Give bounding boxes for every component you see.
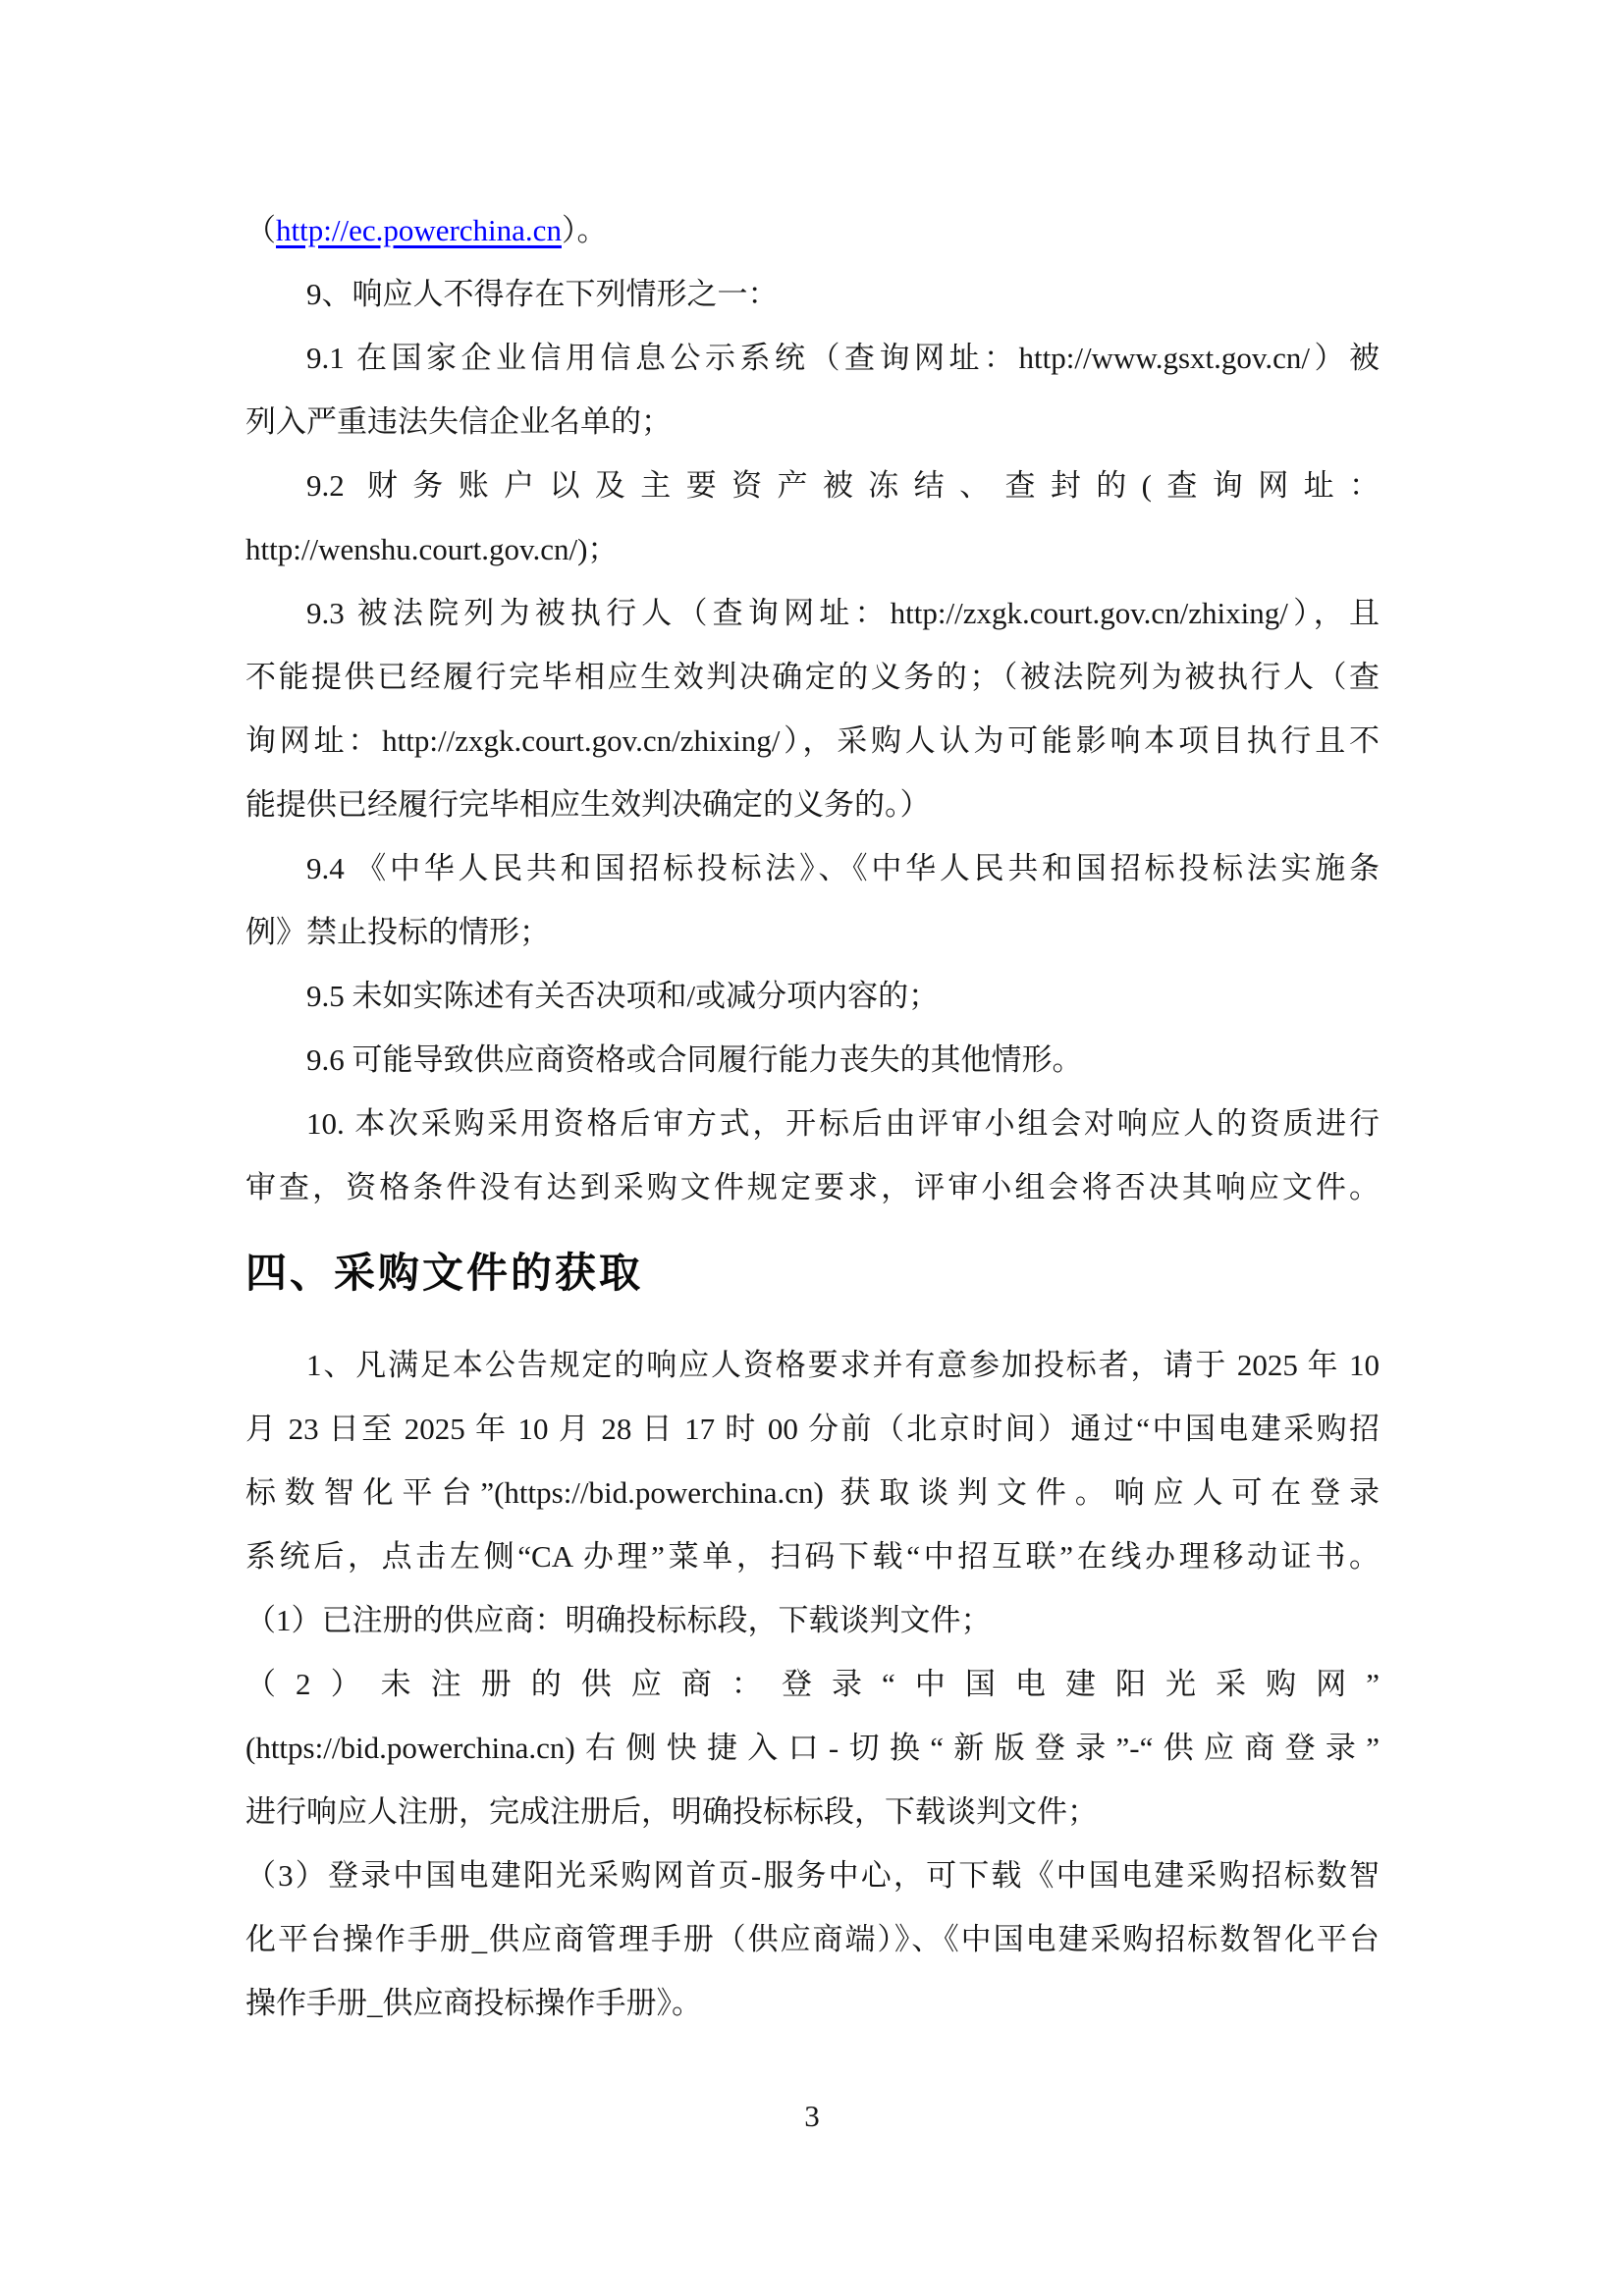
page-number: 3 <box>804 2099 820 2133</box>
text-line: （1）已注册的供应商：明确投标标段，下载谈判文件； <box>245 1588 1380 1652</box>
hyperlink[interactable]: http://ec.powerchina.cn <box>276 213 562 247</box>
text-line: 例》禁止投标的情形； <box>245 900 1380 964</box>
section-heading: 四、采购文件的获取 <box>245 1241 1380 1306</box>
text-line: 审查，资格条件没有达到采购文件规定要求，评审小组会将否决其响应文件。 <box>245 1155 1380 1219</box>
text-line: 月 23 日至 2025 年 10 月 28 日 17 时 00 分前（北京时间… <box>245 1397 1380 1461</box>
text-segment: ）。 <box>562 213 608 247</box>
text-line: 9.4 《中华人民共和国招标投标法》、《中华人民共和国招标投标法实施条 <box>245 836 1380 900</box>
text-line: 能提供已经履行完毕相应生效判决确定的义务的。） <box>245 773 1380 836</box>
text-line: 9.3 被法院列为被执行人（查询网址：http://zxgk.court.gov… <box>245 581 1380 645</box>
document-page: （http://ec.powerchina.cn）。9、响应人不得存在下列情形之… <box>0 0 1624 2296</box>
text-line: （http://ec.powerchina.cn）。 <box>245 198 1380 262</box>
text-line: 标数智化平台”(https://bid.powerchina.cn) 获取谈判文… <box>245 1461 1380 1524</box>
document-content: （http://ec.powerchina.cn）。9、响应人不得存在下列情形之… <box>245 198 1380 2035</box>
text-line: 9、响应人不得存在下列情形之一： <box>245 262 1380 326</box>
text-line: 操作手册_供应商投标操作手册》。 <box>245 1971 1380 2035</box>
text-line: 9.5 未如实陈述有关否决项和/或减分项内容的； <box>245 964 1380 1028</box>
text-segment: （ <box>245 213 276 247</box>
text-line: 询网址：http://zxgk.court.gov.cn/zhixing/），采… <box>245 709 1380 773</box>
text-line: http://wenshu.court.gov.cn/)； <box>245 517 1380 581</box>
text-line: 10. 本次采购采用资格后审方式，开标后由评审小组会对响应人的资质进行 <box>245 1092 1380 1155</box>
text-line: 化平台操作手册_供应商管理手册（供应商端）》、《中国电建采购招标数智化平台 <box>245 1907 1380 1971</box>
text-line: 不能提供已经履行完毕相应生效判决确定的义务的；（被法院列为被执行人（查 <box>245 645 1380 709</box>
text-line: 9.6 可能导致供应商资格或合同履行能力丧失的其他情形。 <box>245 1028 1380 1092</box>
text-line: 系统后，点击左侧“CA 办理”菜单，扫码下载“中招互联”在线办理移动证书。 <box>245 1524 1380 1588</box>
text-line: 9.1 在国家企业信用信息公示系统（查询网址：http://www.gsxt.g… <box>245 326 1380 390</box>
text-line: 进行响应人注册，完成注册后，明确投标标段，下载谈判文件； <box>245 1780 1380 1843</box>
text-line: （3）登录中国电建阳光采购网首页-服务中心，可下载《中国电建采购招标数智 <box>245 1843 1380 1907</box>
text-line: （2）未注册的供应商：登录“中国电建阳光采购网” <box>245 1652 1380 1716</box>
text-line: 列入严重违法失信企业名单的； <box>245 390 1380 454</box>
text-line: (https://bid.powerchina.cn)右侧快捷入口-切换“新版登… <box>245 1716 1380 1780</box>
page-footer: 3 <box>0 2087 1624 2146</box>
text-line: 1、凡满足本公告规定的响应人资格要求并有意参加投标者，请于 2025 年 10 <box>245 1333 1380 1397</box>
text-line: 9.2 财务账户以及主要资产被冻结、查封的(查询网址： <box>245 454 1380 517</box>
